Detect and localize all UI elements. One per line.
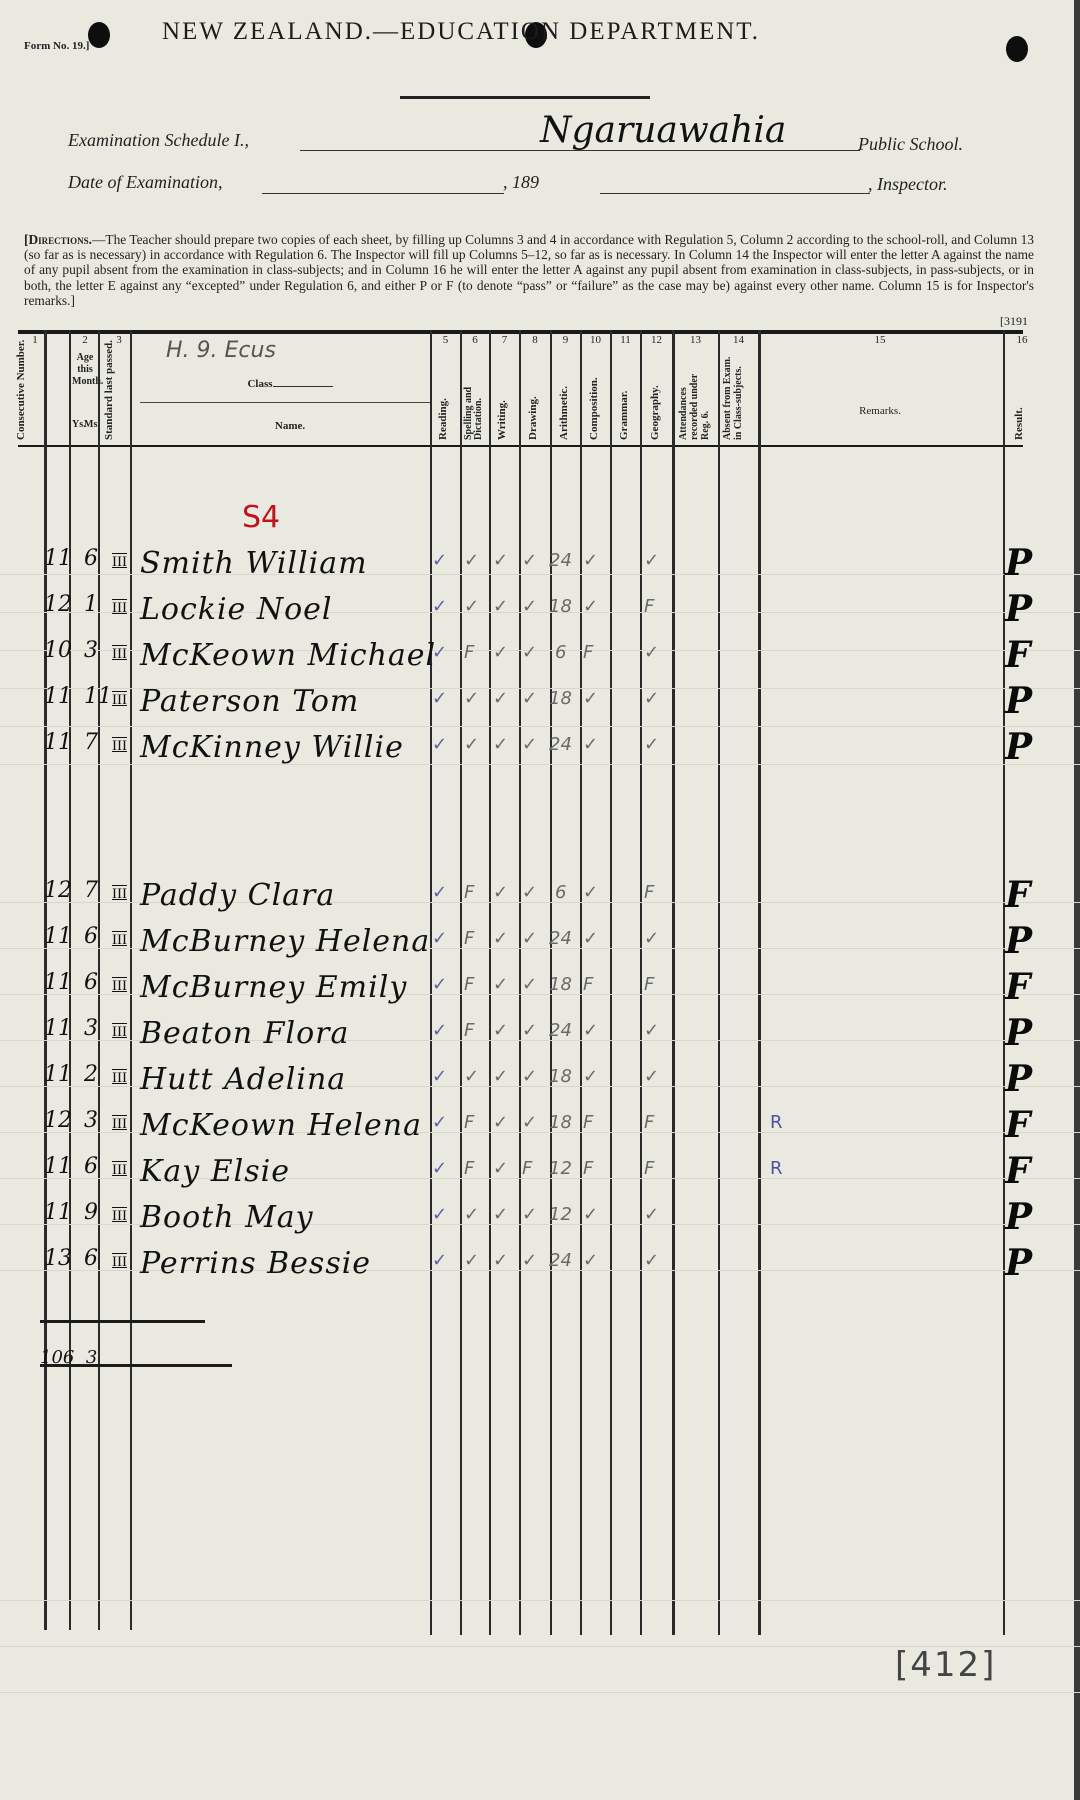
mark-writing: ✓ bbox=[493, 596, 508, 617]
ruled-line bbox=[0, 1600, 1080, 1601]
mark-arithmetic: 12 bbox=[549, 1158, 572, 1179]
age-months: 3 bbox=[84, 1016, 98, 1041]
pupil-name: McKeown Helena bbox=[140, 1108, 422, 1143]
mark-geography: ✓ bbox=[644, 928, 659, 949]
table-row: 12 1 III Lockie Noel ✓ ✓ ✓ ✓ 18 ✓ F P bbox=[0, 592, 1080, 630]
standard: III bbox=[112, 1116, 127, 1133]
mark-composition: ✓ bbox=[583, 550, 598, 571]
result: P bbox=[1005, 726, 1032, 768]
result: P bbox=[1005, 680, 1032, 722]
mark-writing: ✓ bbox=[493, 1250, 508, 1271]
mark-spelling: F bbox=[464, 882, 474, 903]
mark-geography: F bbox=[644, 882, 654, 903]
header-writing: Writing. bbox=[497, 400, 508, 440]
mark-arithmetic: 18 bbox=[549, 1066, 572, 1087]
class-heading: S4 bbox=[242, 500, 280, 535]
form-code: [3191 bbox=[1000, 314, 1028, 329]
mark-writing: ✓ bbox=[493, 1204, 508, 1225]
mark-geography: ✓ bbox=[644, 1204, 659, 1225]
table-row: 11 9 III Booth May ✓ ✓ ✓ ✓ 12 ✓ ✓ P bbox=[0, 1200, 1080, 1238]
mark-arithmetic: 18 bbox=[549, 1112, 572, 1133]
header-attendances: Attendances recorded under Reg. 6. bbox=[678, 360, 711, 440]
mark-drawing: ✓ bbox=[522, 1020, 537, 1041]
mark-drawing: ✓ bbox=[522, 688, 537, 709]
class-handwritten: H. 9. Ecus bbox=[166, 338, 276, 363]
mark-geography: F bbox=[644, 596, 654, 617]
mark-arithmetic: 24 bbox=[549, 1250, 572, 1271]
remarks: R bbox=[770, 1158, 783, 1179]
header-age: Age this Month. bbox=[72, 352, 98, 388]
mark-drawing: ✓ bbox=[522, 1250, 537, 1271]
standard: III bbox=[112, 554, 127, 571]
age-years: 12 bbox=[44, 1108, 72, 1133]
pupil-name: McBurney Helena bbox=[140, 924, 430, 959]
result: F bbox=[1005, 634, 1031, 676]
mark-spelling: ✓ bbox=[464, 734, 479, 755]
header-name: Name. bbox=[230, 420, 350, 432]
page-stamp: [412] bbox=[895, 1645, 996, 1685]
mark-drawing: ✓ bbox=[522, 1204, 537, 1225]
col-num: 15 bbox=[860, 334, 900, 346]
mark-composition: ✓ bbox=[583, 1250, 598, 1271]
mark-writing: ✓ bbox=[493, 734, 508, 755]
result: F bbox=[1005, 874, 1031, 916]
age-months: 3 bbox=[84, 638, 98, 663]
col-num: 2 bbox=[72, 334, 98, 346]
punch-hole bbox=[1006, 36, 1028, 62]
mark-drawing: ✓ bbox=[522, 1066, 537, 1087]
mark-composition: F bbox=[583, 1112, 593, 1133]
mark-writing: ✓ bbox=[493, 642, 508, 663]
col-num: 11 bbox=[611, 334, 640, 346]
mark-drawing: ✓ bbox=[522, 1112, 537, 1133]
header-class-label: Class bbox=[247, 378, 272, 390]
result: F bbox=[1005, 1104, 1031, 1146]
header-drawing: Drawing. bbox=[528, 396, 539, 440]
mark-arithmetic: 18 bbox=[549, 596, 572, 617]
date-field-line bbox=[262, 193, 504, 194]
mark-geography: F bbox=[644, 974, 654, 995]
mark-arithmetic: 6 bbox=[555, 642, 566, 663]
date-label: Date of Examination, bbox=[68, 172, 222, 193]
mark-spelling: ✓ bbox=[464, 688, 479, 709]
mark-reading: ✓ bbox=[432, 1158, 447, 1179]
age-months: 11 bbox=[84, 684, 112, 709]
pupil-name: McKeown Michael bbox=[140, 638, 436, 673]
class-divider bbox=[140, 402, 430, 403]
pupil-name: Paddy Clara bbox=[140, 878, 335, 913]
age-months: 6 bbox=[84, 1246, 98, 1271]
mark-reading: ✓ bbox=[432, 1250, 447, 1271]
header-absent: Absent from Exam. in Class-subjects. bbox=[722, 350, 744, 440]
ruled-line bbox=[0, 726, 1080, 727]
form-number: Form No. 19.] bbox=[24, 40, 89, 52]
totals-rule-bottom bbox=[40, 1364, 232, 1367]
age-months: 3 bbox=[84, 1108, 98, 1133]
header-remarks: Remarks. bbox=[840, 405, 920, 417]
standard: III bbox=[112, 646, 127, 663]
col-num: 16 bbox=[1010, 334, 1034, 346]
age-months: 6 bbox=[84, 970, 98, 995]
mark-composition: ✓ bbox=[583, 734, 598, 755]
mark-writing: ✓ bbox=[493, 928, 508, 949]
mark-geography: ✓ bbox=[644, 642, 659, 663]
mark-drawing: ✓ bbox=[522, 734, 537, 755]
mark-spelling: ✓ bbox=[464, 596, 479, 617]
age-years: 11 bbox=[44, 1016, 72, 1041]
age-months: 2 bbox=[84, 1062, 98, 1087]
table-row: 11 2 III Hutt Adelina ✓ ✓ ✓ ✓ 18 ✓ ✓ P bbox=[0, 1062, 1080, 1100]
ruled-line bbox=[0, 1692, 1080, 1693]
pupil-name: Kay Elsie bbox=[140, 1154, 290, 1189]
standard: III bbox=[112, 600, 127, 617]
table-row: 12 3 III McKeown Helena ✓ F ✓ ✓ 18 F F R… bbox=[0, 1108, 1080, 1146]
header-result: Result. bbox=[1014, 407, 1025, 440]
inspector-field-line bbox=[600, 193, 870, 194]
mark-reading: ✓ bbox=[432, 1066, 447, 1087]
mark-composition: F bbox=[583, 642, 593, 663]
mark-drawing: ✓ bbox=[522, 974, 537, 995]
age-years: 12 bbox=[44, 878, 72, 903]
age-months: 6 bbox=[84, 1154, 98, 1179]
header-composition: Composition. bbox=[589, 377, 600, 440]
mark-composition: ✓ bbox=[583, 596, 598, 617]
mark-reading: ✓ bbox=[432, 688, 447, 709]
mark-geography: F bbox=[644, 1158, 654, 1179]
mark-spelling: F bbox=[464, 1112, 474, 1133]
age-years: 11 bbox=[44, 730, 72, 755]
mark-arithmetic: 24 bbox=[549, 550, 572, 571]
header-consecutive-number: Consecutive Number. bbox=[16, 350, 27, 440]
title-rule bbox=[400, 96, 650, 99]
table-row: 11 11 III Paterson Tom ✓ ✓ ✓ ✓ 18 ✓ ✓ P bbox=[0, 684, 1080, 722]
mark-reading: ✓ bbox=[432, 1020, 447, 1041]
header-reading: Reading. bbox=[438, 398, 449, 440]
pupil-name: Hutt Adelina bbox=[140, 1062, 346, 1097]
result: P bbox=[1005, 920, 1032, 962]
col-num: 10 bbox=[581, 334, 610, 346]
mark-reading: ✓ bbox=[432, 882, 447, 903]
age-years: 10 bbox=[44, 638, 72, 663]
mark-composition: ✓ bbox=[583, 688, 598, 709]
result: P bbox=[1005, 1242, 1032, 1284]
directions-text: [Directions.—The Teacher should prepare … bbox=[24, 232, 1034, 308]
mark-spelling: F bbox=[464, 642, 474, 663]
table-row: 11 6 III Kay Elsie ✓ F ✓ F 12 F F R F bbox=[0, 1154, 1080, 1192]
mark-spelling: ✓ bbox=[464, 1204, 479, 1225]
header-standard: Standard last passed. bbox=[104, 350, 115, 440]
mark-drawing: ✓ bbox=[522, 596, 537, 617]
result: P bbox=[1005, 588, 1032, 630]
age-months: 1 bbox=[84, 592, 98, 617]
mark-writing: ✓ bbox=[493, 550, 508, 571]
standard: III bbox=[112, 978, 127, 995]
mark-geography: F bbox=[644, 1112, 654, 1133]
result: F bbox=[1005, 1150, 1031, 1192]
age-years: 11 bbox=[44, 1062, 72, 1087]
mark-geography: ✓ bbox=[644, 1020, 659, 1041]
table-row: 13 6 III Perrins Bessie ✓ ✓ ✓ ✓ 24 ✓ ✓ P bbox=[0, 1246, 1080, 1284]
pupil-name: Booth May bbox=[140, 1200, 314, 1235]
mark-writing: ✓ bbox=[493, 882, 508, 903]
age-years: 11 bbox=[44, 970, 72, 995]
mark-writing: ✓ bbox=[493, 1020, 508, 1041]
result: P bbox=[1005, 542, 1032, 584]
schedule-label: Examination Schedule I., bbox=[68, 130, 249, 151]
mark-drawing: ✓ bbox=[522, 550, 537, 571]
mark-geography: ✓ bbox=[644, 550, 659, 571]
mark-drawing: ✓ bbox=[522, 928, 537, 949]
mark-spelling: F bbox=[464, 1020, 474, 1041]
mark-spelling: ✓ bbox=[464, 550, 479, 571]
standard: III bbox=[112, 1070, 127, 1087]
mark-composition: F bbox=[583, 974, 593, 995]
standard: III bbox=[112, 1024, 127, 1041]
col-num: 5 bbox=[431, 334, 460, 346]
school-name: Ngaruawahia bbox=[540, 110, 786, 151]
mark-composition: ✓ bbox=[583, 1204, 598, 1225]
table-row: 11 6 III McBurney Emily ✓ F ✓ ✓ 18 F F F bbox=[0, 970, 1080, 1008]
mark-reading: ✓ bbox=[432, 642, 447, 663]
standard: III bbox=[112, 1254, 127, 1271]
directions-lead: [Directions. bbox=[24, 232, 92, 247]
mark-spelling: ✓ bbox=[464, 1250, 479, 1271]
age-years: 12 bbox=[44, 592, 72, 617]
pupil-name: McKinney Willie bbox=[140, 730, 404, 765]
inspector-label: , Inspector. bbox=[868, 174, 948, 195]
mark-reading: ✓ bbox=[432, 596, 447, 617]
totals-rule-top bbox=[40, 1320, 205, 1323]
mark-arithmetic: 12 bbox=[549, 1204, 572, 1225]
mark-geography: ✓ bbox=[644, 688, 659, 709]
table-header-bottom-rule bbox=[18, 445, 1023, 447]
age-years: 13 bbox=[44, 1246, 72, 1271]
col-num: 9 bbox=[551, 334, 580, 346]
standard: III bbox=[112, 932, 127, 949]
remarks: R bbox=[770, 1112, 783, 1133]
table-row: 12 7 III Paddy Clara ✓ F ✓ ✓ 6 ✓ F F bbox=[0, 878, 1080, 916]
mark-composition: ✓ bbox=[583, 928, 598, 949]
mark-arithmetic: 24 bbox=[549, 928, 572, 949]
age-years: 11 bbox=[44, 546, 72, 571]
age-months: 6 bbox=[84, 546, 98, 571]
result: P bbox=[1005, 1196, 1032, 1238]
age-months: 6 bbox=[84, 924, 98, 949]
col-num: 8 bbox=[520, 334, 550, 346]
col-num: 13 bbox=[673, 334, 718, 346]
mark-reading: ✓ bbox=[432, 734, 447, 755]
age-years: 11 bbox=[44, 924, 72, 949]
table-row: 10 3 III McKeown Michael ✓ F ✓ ✓ 6 F ✓ F bbox=[0, 638, 1080, 676]
standard: III bbox=[112, 1208, 127, 1225]
pupil-name: Smith William bbox=[140, 546, 368, 581]
mark-composition: F bbox=[583, 1158, 593, 1179]
mark-composition: ✓ bbox=[583, 1020, 598, 1041]
header-geography: Geography. bbox=[650, 385, 661, 440]
mark-drawing: ✓ bbox=[522, 882, 537, 903]
mark-arithmetic: 24 bbox=[549, 1020, 572, 1041]
mark-composition: ✓ bbox=[583, 882, 598, 903]
punch-hole bbox=[88, 22, 110, 48]
col-num: 7 bbox=[490, 334, 519, 346]
table-row: 11 6 III McBurney Helena ✓ F ✓ ✓ 24 ✓ ✓ … bbox=[0, 924, 1080, 962]
mark-spelling: F bbox=[464, 974, 474, 995]
pupil-name: Beaton Flora bbox=[140, 1016, 349, 1051]
mark-drawing: ✓ bbox=[522, 642, 537, 663]
age-months: 9 bbox=[84, 1200, 98, 1225]
pupil-name: Paterson Tom bbox=[140, 684, 359, 719]
col-num: 14 bbox=[719, 334, 758, 346]
result: P bbox=[1005, 1058, 1032, 1100]
school-suffix: Public School. bbox=[858, 134, 963, 155]
mark-writing: ✓ bbox=[493, 1066, 508, 1087]
mark-geography: ✓ bbox=[644, 1066, 659, 1087]
exam-schedule-sheet: NEW ZEALAND.—EDUCATION DEPARTMENT. Form … bbox=[0, 0, 1080, 1800]
mark-reading: ✓ bbox=[432, 974, 447, 995]
age-years: 11 bbox=[44, 1200, 72, 1225]
mark-geography: ✓ bbox=[644, 734, 659, 755]
age-years: 11 bbox=[44, 684, 72, 709]
mark-writing: ✓ bbox=[493, 974, 508, 995]
mark-reading: ✓ bbox=[432, 1204, 447, 1225]
year-prefix: , 189 bbox=[503, 172, 539, 193]
header-grammar: Grammar. bbox=[619, 391, 630, 440]
mark-spelling: ✓ bbox=[464, 1066, 479, 1087]
mark-composition: ✓ bbox=[583, 1066, 598, 1087]
result: P bbox=[1005, 1012, 1032, 1054]
table-row: 11 6 III Smith William ✓ ✓ ✓ ✓ 24 ✓ ✓ P bbox=[0, 546, 1080, 584]
standard: III bbox=[112, 738, 127, 755]
col-num: 12 bbox=[641, 334, 672, 346]
header-arithmetic: Arithmetic. bbox=[559, 386, 570, 440]
class-blank bbox=[273, 386, 333, 387]
standard: III bbox=[112, 692, 127, 709]
directions-body: —The Teacher should prepare two copies o… bbox=[24, 232, 1034, 308]
age-years: 11 bbox=[44, 1154, 72, 1179]
col-num: 1 bbox=[28, 334, 42, 346]
mark-reading: ✓ bbox=[432, 550, 447, 571]
mark-arithmetic: 18 bbox=[549, 688, 572, 709]
page-title: NEW ZEALAND.—EDUCATION DEPARTMENT. bbox=[162, 18, 760, 46]
age-months: 7 bbox=[84, 878, 98, 903]
header-months: Ms. bbox=[84, 419, 98, 431]
header-years: Ys. bbox=[72, 419, 84, 431]
mark-writing: ✓ bbox=[493, 1158, 508, 1179]
pupil-name: Perrins Bessie bbox=[140, 1246, 371, 1281]
mark-reading: ✓ bbox=[432, 928, 447, 949]
mark-arithmetic: 6 bbox=[555, 882, 566, 903]
age-months: 7 bbox=[84, 730, 98, 755]
table-row: 11 7 III McKinney Willie ✓ ✓ ✓ ✓ 24 ✓ ✓ … bbox=[0, 730, 1080, 768]
col-num: 6 bbox=[461, 334, 489, 346]
mark-writing: ✓ bbox=[493, 688, 508, 709]
pupil-name: Lockie Noel bbox=[140, 592, 333, 627]
pupil-name: McBurney Emily bbox=[140, 970, 407, 1005]
standard: III bbox=[112, 1162, 127, 1179]
mark-spelling: F bbox=[464, 1158, 474, 1179]
header-spelling: Spelling and Dictation. bbox=[464, 360, 484, 440]
mark-reading: ✓ bbox=[432, 1112, 447, 1133]
mark-spelling: F bbox=[464, 928, 474, 949]
mark-arithmetic: 18 bbox=[549, 974, 572, 995]
result: F bbox=[1005, 966, 1031, 1008]
table-row: 11 3 III Beaton Flora ✓ F ✓ ✓ 24 ✓ ✓ P bbox=[0, 1016, 1080, 1054]
mark-writing: ✓ bbox=[493, 1112, 508, 1133]
standard: III bbox=[112, 886, 127, 903]
mark-arithmetic: 24 bbox=[549, 734, 572, 755]
mark-drawing: F bbox=[522, 1158, 532, 1179]
header-class: Class bbox=[230, 378, 350, 390]
mark-geography: ✓ bbox=[644, 1250, 659, 1271]
